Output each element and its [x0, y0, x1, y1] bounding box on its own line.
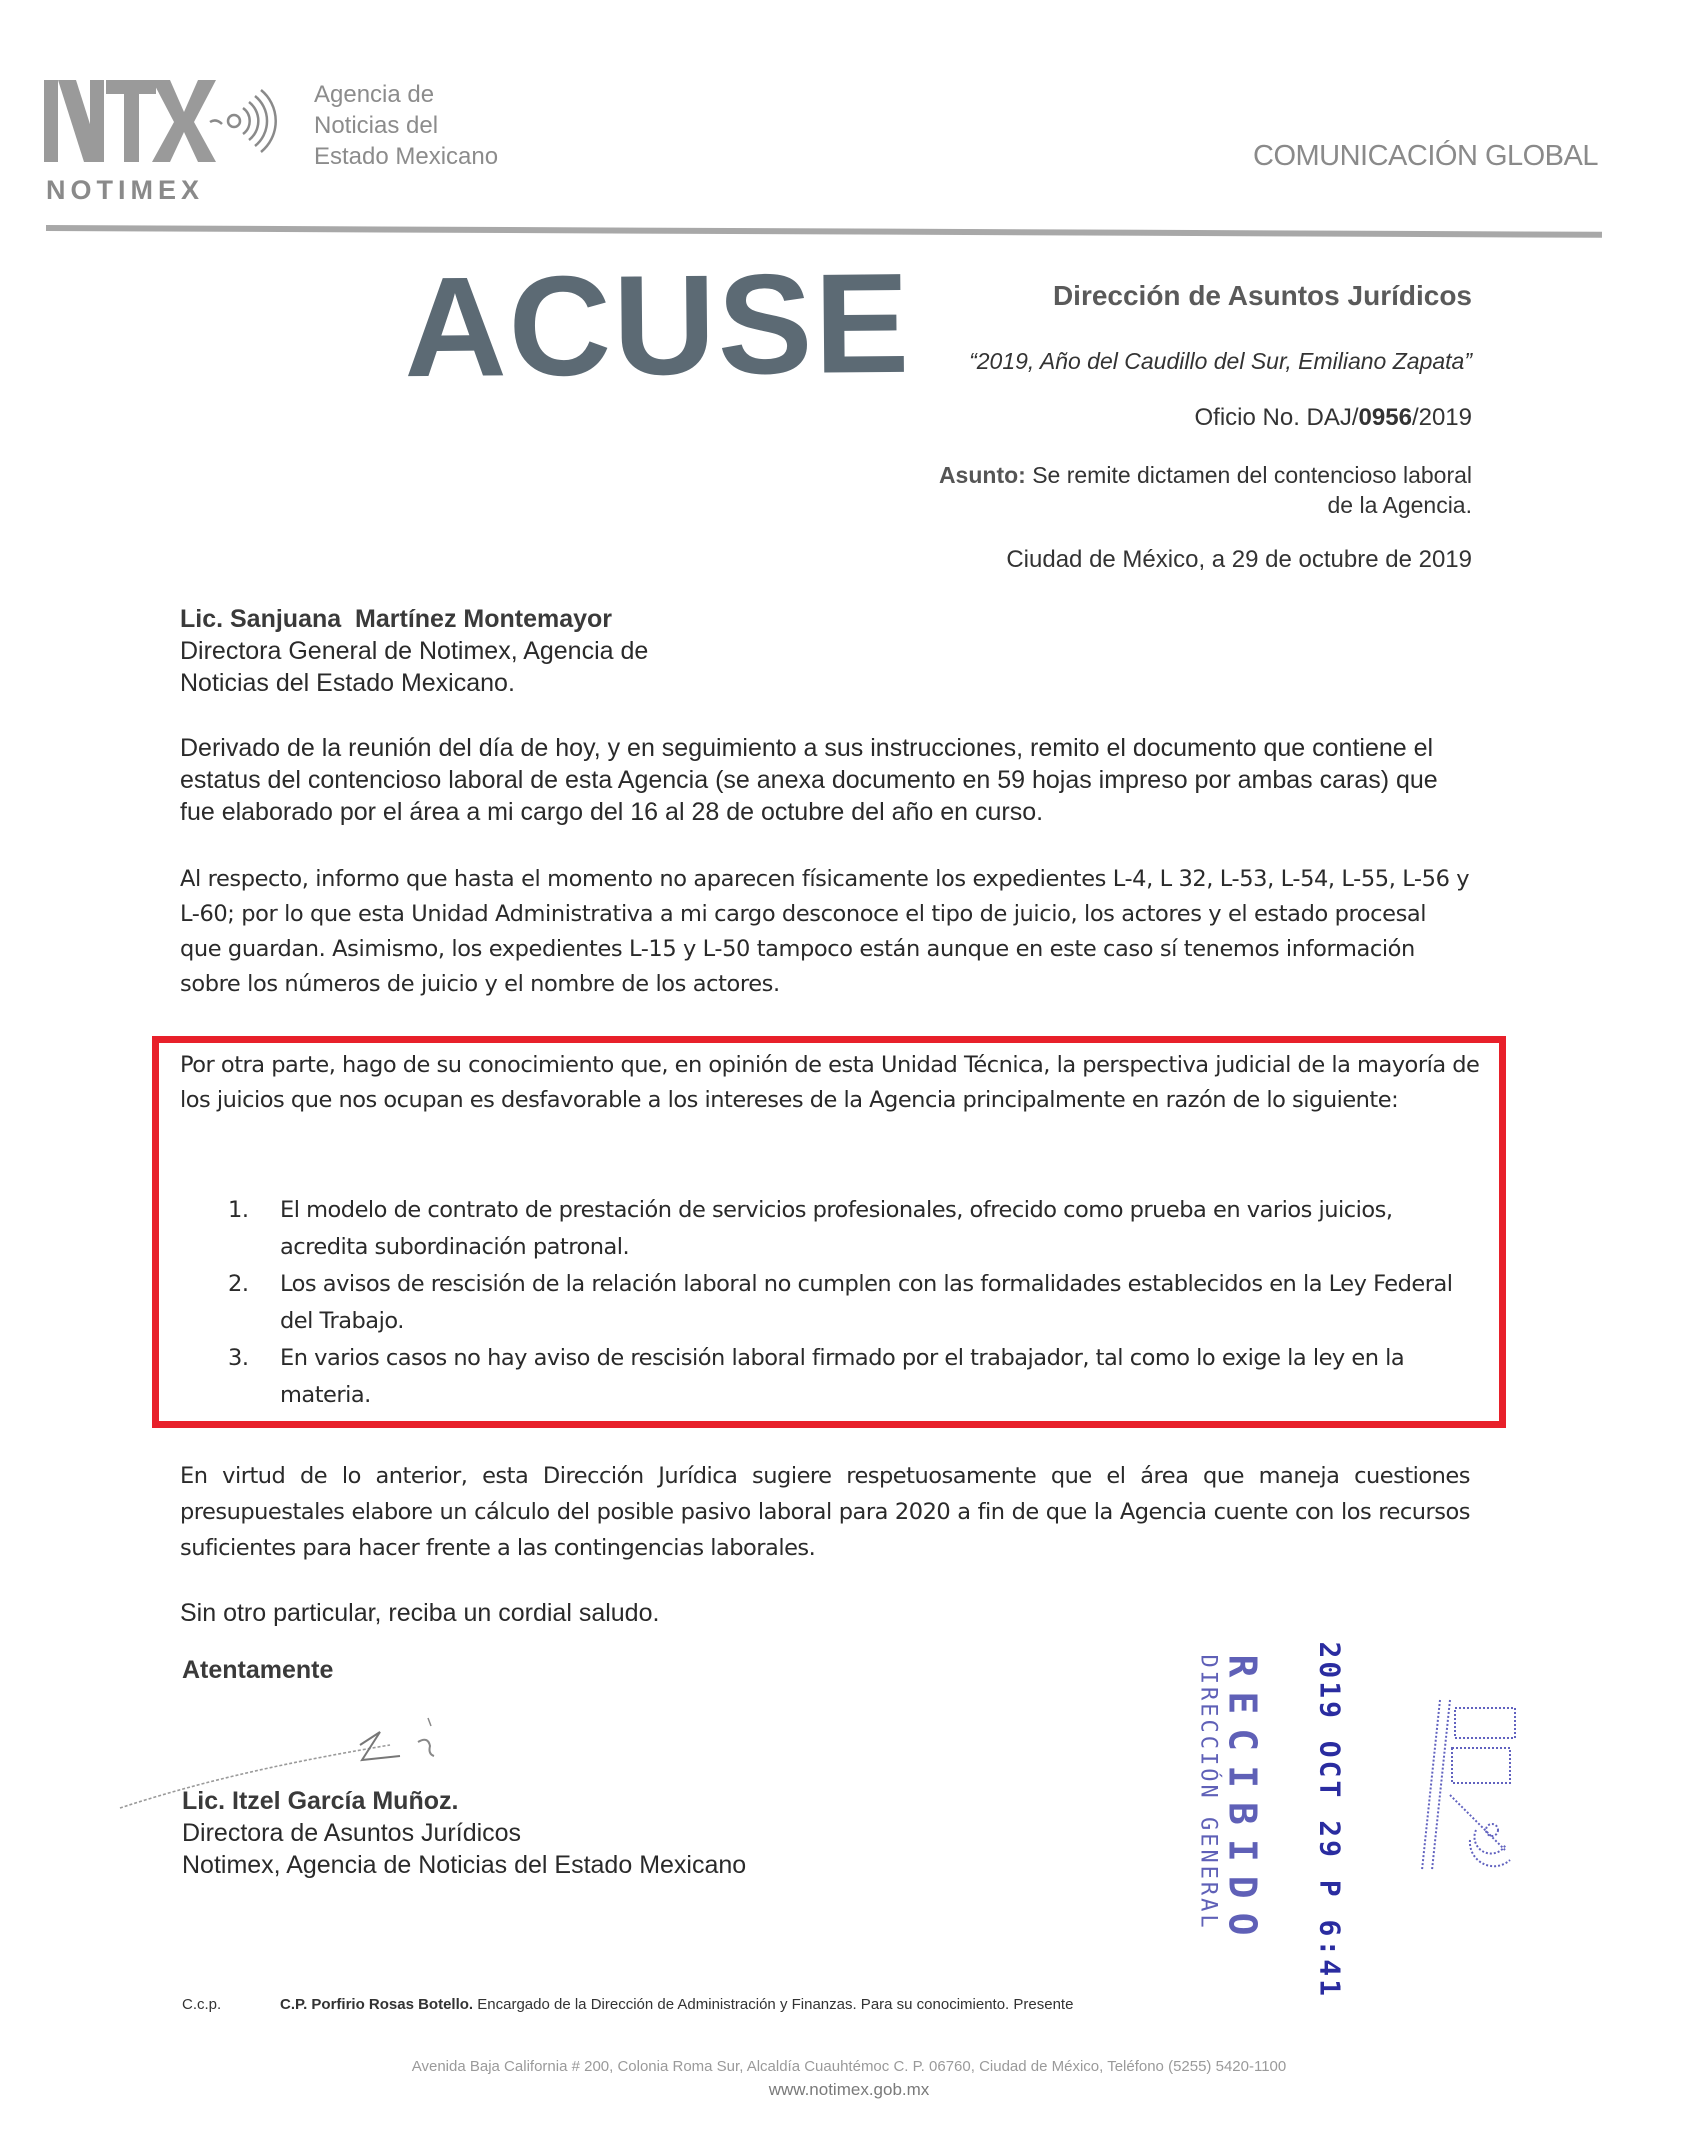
ccp-text: Encargado de la Dirección de Administrac…: [473, 1996, 1073, 2013]
agency-line-1: Agencia de: [314, 79, 498, 110]
subject: Asunto: Se remite dictamen del contencio…: [939, 460, 1472, 520]
acuse-stamp: ACUSE: [403, 253, 911, 399]
footer-url: www.notimex.gob.mx: [0, 2080, 1698, 2100]
date-line: Ciudad de México, a 29 de octubre de 201…: [1006, 546, 1472, 574]
list-number: 3.: [228, 1340, 248, 1377]
paragraph-3: Por otra parte, hago de su conocimiento …: [180, 1048, 1480, 1118]
list-text: El modelo de contrato de prestación de s…: [280, 1197, 1393, 1260]
recipient-title-2: Noticias del Estado Mexicano.: [180, 667, 648, 699]
year-motto: “2019, Año del Caudillo del Sur, Emilian…: [969, 348, 1472, 375]
oficio-suffix: /2019: [1412, 404, 1472, 431]
oficio-prefix: Oficio No. DAJ/: [1195, 404, 1359, 431]
paragraph-2: Al respecto, informo que hasta el moment…: [180, 862, 1470, 1002]
signer-title: Directora de Asuntos Jurídicos: [182, 1817, 746, 1849]
list-item: 1.El modelo de contrato de prestación de…: [228, 1192, 1478, 1266]
received-datetime-stamp: 2019 OCT 29 P 6:41: [1300, 1640, 1360, 1950]
footer-address: Avenida Baja California # 200, Colonia R…: [0, 2058, 1698, 2075]
reasons-list: 1.El modelo de contrato de prestación de…: [228, 1192, 1478, 1414]
list-number: 2.: [228, 1266, 248, 1303]
ntx-logo-icon: [44, 78, 284, 164]
received-word: RECIBIDO: [1221, 1655, 1265, 1955]
received-sub: DIRECCIÓN GENERAL: [1196, 1655, 1221, 1955]
paragraph-4: En virtud de lo anterior, esta Dirección…: [180, 1458, 1470, 1566]
received-logo-stamp: [1410, 1690, 1530, 1890]
list-item: 3.En varios casos no hay aviso de rescis…: [228, 1340, 1478, 1414]
subject-label: Asunto:: [939, 462, 1026, 488]
oficio-number-value: 0956: [1359, 404, 1412, 431]
received-stamp: RECIBIDO DIRECCIÓN GENERAL: [1160, 1640, 1300, 1940]
subject-text: Se remite dictamen del contencioso labor…: [1026, 462, 1472, 488]
ccp-line: C.c.p.C.P. Porfirio Rosas Botello. Encar…: [182, 1996, 1073, 2013]
tagline: COMUNICACIÓN GLOBAL: [1253, 140, 1598, 173]
signer-block: Lic. Itzel García Muñoz. Directora de As…: [182, 1785, 746, 1881]
ntx-stamp-icon: [1410, 1690, 1530, 1890]
oficio-number: Oficio No. DAJ/0956/2019: [1195, 404, 1473, 432]
logo-wordmark: NOTIMEX: [46, 175, 204, 206]
ccp-label: C.c.p.: [182, 1996, 280, 2013]
list-number: 1.: [228, 1192, 248, 1229]
paragraph-1: Derivado de la reunión del día de hoy, y…: [180, 732, 1470, 828]
ccp-name: C.P. Porfirio Rosas Botello.: [280, 1996, 473, 2013]
agency-line-2: Noticias del: [314, 110, 498, 141]
list-item: 2.Los avisos de rescisión de la relación…: [228, 1266, 1478, 1340]
recipient-title-1: Directora General de Notimex, Agencia de: [180, 635, 648, 667]
agency-line-3: Estado Mexicano: [314, 141, 498, 172]
agency-name: Agencia de Noticias del Estado Mexicano: [314, 79, 498, 172]
list-text: Los avisos de rescisión de la relación l…: [280, 1271, 1453, 1334]
recipient-block: Lic. Sanjuana Martínez Montemayor Direct…: [180, 603, 648, 699]
subject-text-2: de la Agencia.: [939, 490, 1472, 520]
list-text: En varios casos no hay aviso de rescisió…: [280, 1345, 1404, 1408]
header-divider: [46, 225, 1602, 238]
received-datetime: 2019 OCT 29 P 6:41: [1314, 1642, 1347, 1952]
closing: Atentamente: [182, 1656, 333, 1685]
signer-org: Notimex, Agencia de Noticias del Estado …: [182, 1849, 746, 1881]
department-title: Dirección de Asuntos Jurídicos: [1053, 280, 1472, 312]
paragraph-5: Sin otro particular, reciba un cordial s…: [180, 1597, 1470, 1630]
notimex-logo: [44, 78, 284, 164]
signer-name: Lic. Itzel García Muñoz.: [182, 1785, 746, 1817]
recipient-name: Lic. Sanjuana Martínez Montemayor: [180, 603, 648, 635]
